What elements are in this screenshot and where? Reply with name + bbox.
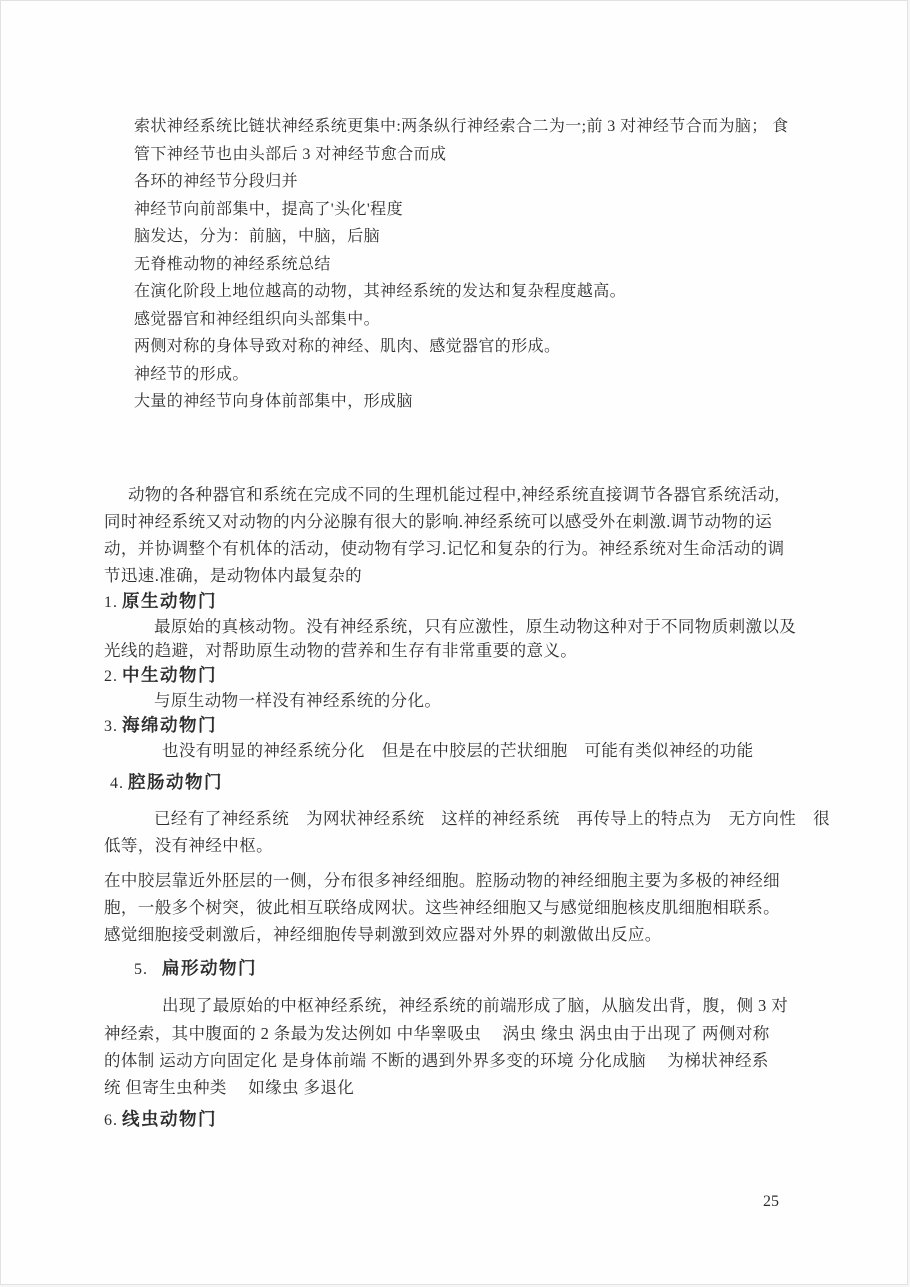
text-line: 神经索，其中腹面的 2 条最为发达例如 中华睾吸虫 涡虫 缘虫 涡虫由于出现了 … (104, 1020, 830, 1047)
text-line: 动，并协调整个有机体的活动，使动物有学习.记忆和复杂的行为。神经系统对生命活动的… (104, 535, 830, 562)
text-line: 也没有明显的神经系统分化 但是在中胶层的芒状细胞 可能有类似神经的功能 (104, 739, 830, 763)
text-line: 大量的神经节向身体前部集中，形成脑 (134, 388, 789, 416)
section-heading-3: 3.海绵动物门 (104, 713, 830, 739)
section-title: 海绵动物门 (122, 715, 217, 735)
text-line: 已经有了神经系统 为网状神经系统 这样的神经系统 再传导上的特点为 无方向性 很 (104, 805, 830, 832)
text-line: 管下神经节也由头部后 3 对神经节愈合而成 (134, 141, 789, 169)
sections-4-6: 4.腔肠动物门 已经有了神经系统 为网状神经系统 这样的神经系统 再传导上的特点… (104, 769, 830, 1134)
text-line: 感觉细胞接受刺激后，神经细胞传导刺激到效应器对外界的刺激做出反应。 (104, 921, 830, 948)
text-line: 统 但寄生虫种类 如缘虫 多退化 (104, 1074, 830, 1101)
section-heading-1: 1.原生动物门 (104, 589, 830, 615)
section-title: 线虫动物门 (122, 1109, 217, 1129)
section-title: 扁形动物门 (162, 958, 257, 978)
intro-notes-block: 索状神经系统比链状神经系统更集中:两条纵行神经索合二为一;前 3 对神经节合而为… (134, 113, 789, 416)
section-number: 1. (104, 594, 118, 611)
section-number: 2. (104, 668, 118, 685)
paragraph: 在中胶层靠近外胚层的一侧，分布很多神经细胞。腔肠动物的神经细胞主要为多极的神经细… (104, 867, 830, 949)
section-heading-6: 6.线虫动物门 (104, 1106, 830, 1134)
section-heading-2: 2.中生动物门 (104, 663, 830, 689)
text-line: 胞，一般多个树突，彼此相互联络成网状。这些神经细胞又与感觉细胞核皮肌细胞相联系。 (104, 894, 830, 921)
text-line: 与原生动物一样没有神经系统的分化。 (104, 689, 830, 713)
text-line: 的体制 运动方向固定化 是身体前端 不断的遇到外界多变的环境 分化成脑 为梯状神… (104, 1047, 830, 1074)
text-line: 无脊椎动物的神经系统总结 (134, 251, 789, 279)
text-line: 在中胶层靠近外胚层的一侧，分布很多神经细胞。腔肠动物的神经细胞主要为多极的神经细 (104, 867, 830, 894)
page-number: 25 (763, 1193, 779, 1211)
section-title: 中生动物门 (122, 665, 217, 685)
text-line: 神经节向前部集中，提高了'头化'程度 (134, 196, 789, 224)
text-line: 最原始的真核动物。没有神经系统，只有应激性，原生动物这种对于不同物质刺激以及 (104, 615, 830, 639)
section-number: 4. (110, 775, 124, 792)
text-line: 两侧对称的身体导致对称的神经、肌肉、感觉器官的形成。 (134, 333, 789, 361)
section-heading-5: 5.扁形动物门 (134, 955, 830, 983)
text-line: 脑发达，分为：前脑，中脑，后脑 (134, 223, 789, 251)
section-number: 6. (104, 1112, 118, 1129)
sections-1-3: 1.原生动物门 最原始的真核动物。没有神经系统，只有应激性，原生动物这种对于不同… (104, 589, 830, 763)
text-line: 神经节的形成。 (134, 361, 789, 389)
text-line: 低等，没有神经中枢。 (104, 832, 830, 859)
text-line: 感觉器官和神经组织向头部集中。 (134, 306, 789, 334)
text-line: 同时神经系统又对动物的内分泌腺有很大的影响.神经系统可以感受外在刺激.调节动物的… (104, 508, 830, 535)
section-heading-4: 4.腔肠动物门 (110, 769, 830, 797)
text-line: 在演化阶段上地位越高的动物，其神经系统的发达和复杂程度越高。 (134, 278, 789, 306)
overview-paragraph: 动物的各种器官和系统在完成不同的生理机能过程中,神经系统直接调节各器官系统活动,… (104, 481, 830, 589)
section-number: 5. (134, 961, 148, 978)
text-line: 出现了最原始的中枢神经系统，神经系统的前端形成了脑，从脑发出背，腹，侧 3 对 (104, 992, 830, 1019)
text-line: 光线的趋避，对帮助原生动物的营养和生存有非常重要的意义。 (104, 639, 830, 663)
text-line: 各环的神经节分段归并 (134, 168, 789, 196)
text-line: 节迅速.准确，是动物体内最复杂的 (104, 562, 830, 589)
paragraph: 出现了最原始的中枢神经系统，神经系统的前端形成了脑，从脑发出背，腹，侧 3 对 … (104, 992, 830, 1101)
section-title: 原生动物门 (122, 591, 217, 611)
text-line: 索状神经系统比链状神经系统更集中:两条纵行神经索合二为一;前 3 对神经节合而为… (134, 113, 789, 141)
main-text-block: 动物的各种器官和系统在完成不同的生理机能过程中,神经系统直接调节各器官系统活动,… (104, 481, 830, 1134)
section-title: 腔肠动物门 (128, 772, 223, 792)
document-page: 索状神经系统比链状神经系统更集中:两条纵行神经索合二为一;前 3 对神经节合而为… (0, 0, 908, 1285)
section-number: 3. (104, 718, 118, 735)
text-line: 动物的各种器官和系统在完成不同的生理机能过程中,神经系统直接调节各器官系统活动, (104, 481, 830, 508)
paragraph: 已经有了神经系统 为网状神经系统 这样的神经系统 再传导上的特点为 无方向性 很… (104, 805, 830, 859)
